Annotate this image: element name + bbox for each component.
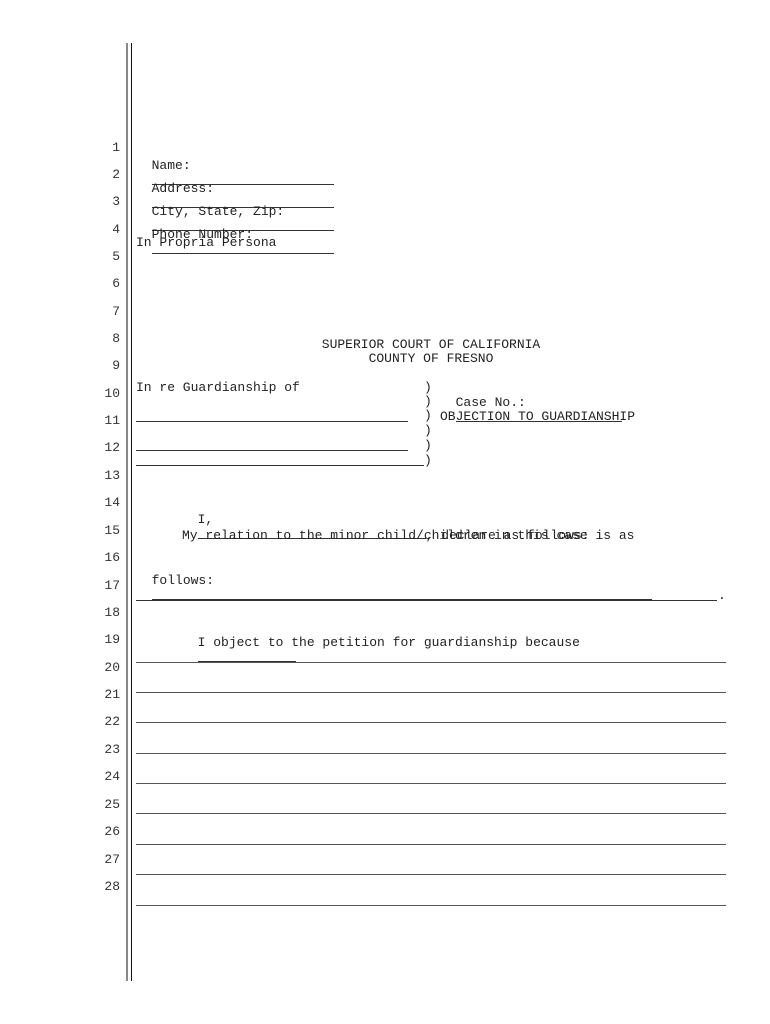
in-propria-persona: In Propria Persona [136, 235, 276, 250]
line-number: 8 [96, 332, 120, 346]
line-number: 21 [96, 688, 120, 702]
reason-line[interactable] [136, 905, 726, 906]
reason-line[interactable] [136, 844, 726, 845]
line-number: 25 [96, 798, 120, 812]
caption-paren: ) [424, 408, 432, 423]
minor-name-field-1[interactable] [136, 410, 408, 422]
line-number: 7 [96, 305, 120, 319]
line-number: 28 [96, 880, 120, 894]
pleading-border-inner [131, 43, 132, 981]
line-number: 22 [96, 715, 120, 729]
line-number: 10 [96, 387, 120, 401]
document-title: OBJECTION TO GUARDIANSHIP [440, 409, 635, 424]
caption-paren: ) [424, 394, 432, 409]
period: . [718, 588, 726, 603]
reason-field[interactable] [198, 650, 296, 662]
line-number: 13 [96, 469, 120, 483]
reason-line[interactable] [136, 783, 726, 784]
line-number: 2 [96, 168, 120, 182]
reason-line[interactable] [136, 874, 726, 875]
line-number: 4 [96, 223, 120, 237]
reason-line[interactable] [136, 722, 726, 723]
line-number: 20 [96, 661, 120, 675]
relation-label: follows: [152, 573, 214, 588]
line-number: 23 [96, 743, 120, 757]
line-number: 6 [96, 277, 120, 291]
caption-paren: ) [424, 423, 432, 438]
line-number: 26 [96, 825, 120, 839]
line-number: 19 [96, 633, 120, 647]
line-number: 17 [96, 579, 120, 593]
relation-continuation-line[interactable] [136, 600, 717, 601]
line-number: 5 [96, 250, 120, 264]
in-re-label: In re Guardianship of [136, 380, 300, 395]
relation-field[interactable] [152, 588, 652, 600]
court-name: SUPERIOR COURT OF CALIFORNIA [136, 337, 726, 352]
line-number: 14 [96, 496, 120, 510]
line-number: 27 [96, 853, 120, 867]
reason-line[interactable] [136, 692, 726, 693]
caption-paren: ) [424, 380, 432, 395]
line-number: 3 [96, 195, 120, 209]
caption-paren: ) [424, 453, 432, 468]
line-number: 16 [96, 551, 120, 565]
line-number: 18 [96, 606, 120, 620]
reason-line[interactable] [136, 662, 726, 663]
objection-text: I object to the petition for guardianshi… [198, 635, 580, 650]
line-number: 12 [96, 441, 120, 455]
line-number: 9 [96, 359, 120, 373]
line-number: 15 [96, 524, 120, 538]
caption-paren: ) [424, 438, 432, 453]
caption-bottom-line [136, 465, 424, 466]
relation-row: follows: [136, 558, 652, 604]
pleading-border-outer [126, 43, 128, 981]
reason-line[interactable] [136, 813, 726, 814]
court-county: COUNTY OF FRESNO [136, 351, 726, 366]
minor-name-field-2[interactable] [136, 439, 408, 451]
declare-prefix: I, [198, 512, 214, 527]
line-number: 1 [96, 141, 120, 155]
case-no-label: Case No.: [456, 395, 526, 410]
objection-row: I object to the petition for guardianshi… [182, 620, 580, 666]
reason-line[interactable] [136, 753, 726, 754]
line-number: 11 [96, 414, 120, 428]
relation-line-1: My relation to the minor child/children … [182, 528, 634, 543]
line-number: 24 [96, 770, 120, 784]
